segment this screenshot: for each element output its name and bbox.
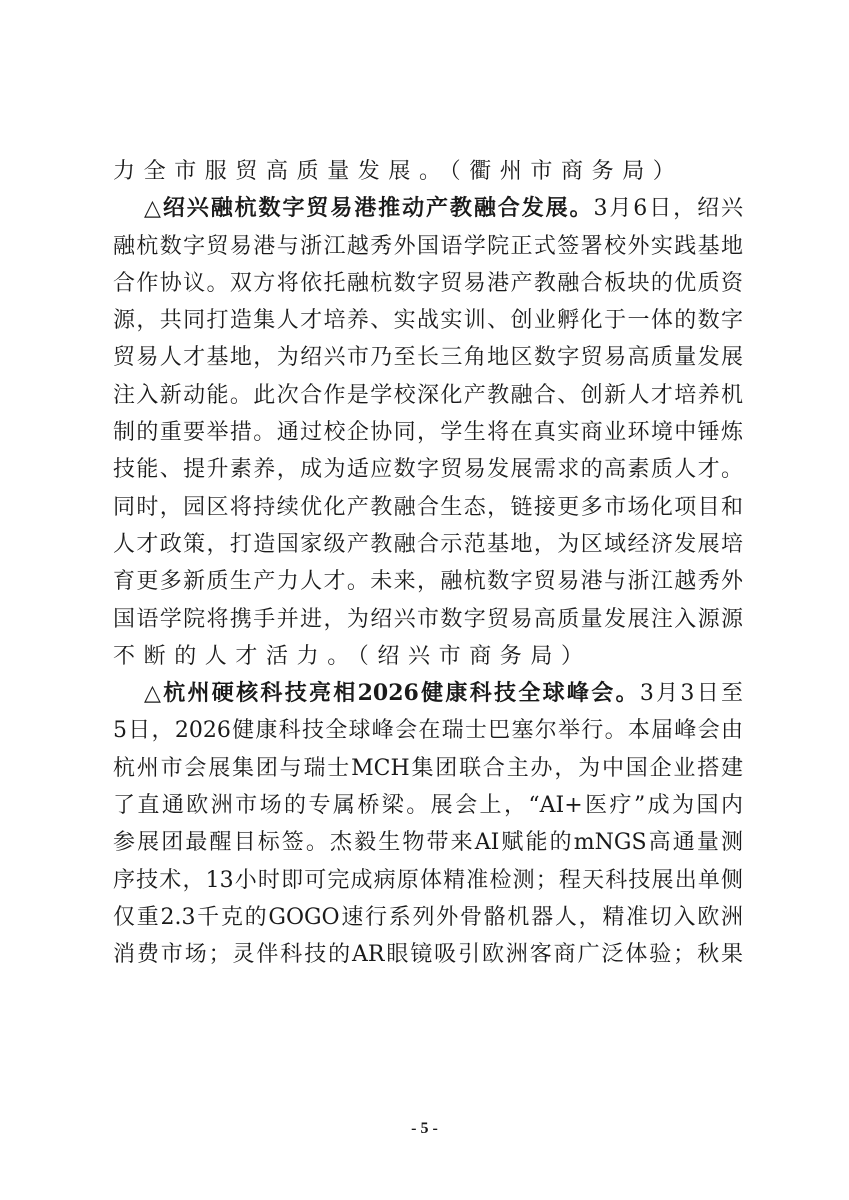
- text-line: 参展团最醒目标签。杰毅生物带来AI赋能的mNGS高通量测: [113, 824, 743, 861]
- text-line: 育更多新质生产力人才。未来，融杭数字贸易港与浙江越秀外: [113, 563, 743, 600]
- text-line: 国语学院将携手并进，为绍兴市数字贸易高质量发展注入源源: [113, 601, 743, 638]
- text-fragment: 3月6日，绍兴: [593, 196, 743, 221]
- body-text: 力全市服贸高质量发展。（衢州市商务局） △绍兴融杭数字贸易港推动产教融合发展。3…: [113, 153, 743, 974]
- section-heading-line: △杭州硬核科技亮相2026健康科技全球峰会。3月3日至: [113, 675, 743, 712]
- text-line: 人才政策，打造国家级产教融合示范基地，为区域经济发展培: [113, 526, 743, 563]
- section-heading: △绍兴融杭数字贸易港推动产教融合发展。: [144, 195, 593, 221]
- section-heading-line: △绍兴融杭数字贸易港推动产教融合发展。3月6日，绍兴: [113, 190, 743, 227]
- text-line: 力全市服贸高质量发展。（衢州市商务局）: [113, 153, 743, 190]
- text-fragment: 3月3日至: [640, 681, 743, 706]
- text-line: 合作协议。双方将依托融杭数字贸易港产教融合板块的优质资: [113, 265, 743, 302]
- section-heading: △杭州硬核科技亮相2026健康科技全球峰会。: [144, 680, 640, 706]
- text-line: 制的重要举措。通过校企协同，学生将在真实商业环境中锤炼: [113, 414, 743, 451]
- text-line: 贸易人才基地，为绍兴市乃至长三角地区数字贸易高质量发展: [113, 339, 743, 376]
- page-number: - 5 -: [0, 1120, 849, 1138]
- text-line: 序技术，13小时即可完成病原体精准检测；程天科技展出单侧: [113, 862, 743, 899]
- text-line: 杭州市会展集团与瑞士MCH集团联合主办，为中国企业搭建: [113, 750, 743, 787]
- text-line: 同时，园区将持续优化产教融合生态，链接更多市场化项目和: [113, 489, 743, 526]
- text-line: 技能、提升素养，成为适应数字贸易发展需求的高素质人才。: [113, 451, 743, 488]
- text-line: 融杭数字贸易港与浙江越秀外国语学院正式签署校外实践基地: [113, 228, 743, 265]
- text-line: 消费市场；灵伴科技的AR眼镜吸引欧洲客商广泛体验；秋果: [113, 936, 743, 973]
- text-line: 仅重2.3千克的GOGO速行系列外骨骼机器人，精准切入欧洲: [113, 899, 743, 936]
- text-line: 源，共同打造集人才培养、实战实训、创业孵化于一体的数字: [113, 302, 743, 339]
- text-line: 了直通欧洲市场的专属桥梁。展会上，“AI+医疗”成为国内: [113, 787, 743, 824]
- text-line: 注入新动能。此次合作是学校深化产教融合、创新人才培养机: [113, 377, 743, 414]
- text-line: 5日，2026健康科技全球峰会在瑞士巴塞尔举行。本届峰会由: [113, 712, 743, 749]
- document-page: 力全市服贸高质量发展。（衢州市商务局） △绍兴融杭数字贸易港推动产教融合发展。3…: [0, 0, 849, 1200]
- text-line: 不断的人才活力。（绍兴市商务局）: [113, 638, 743, 675]
